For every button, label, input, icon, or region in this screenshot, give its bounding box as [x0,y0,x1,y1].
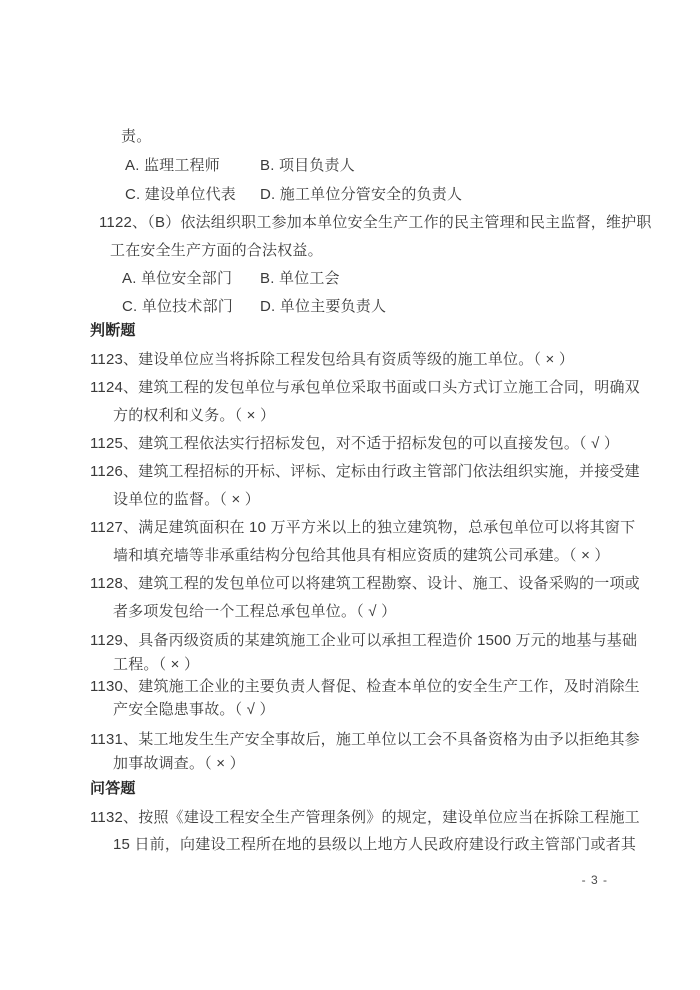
q1122-option-a: A. 单位安全部门 [122,265,260,293]
page-number: - 3 - [582,873,608,887]
q1127-line1: 1127、满足建筑面积在 10 万平方米以上的独立建筑物，总承包单位可以将其窗下 [90,514,635,542]
q1122-option-c: C. 单位技术部门 [122,293,260,321]
q1122-options-row-ab: A. 单位安全部门B. 单位工会 [122,265,340,293]
document-page: 责。 A. 监理工程师B. 项目负责人 C. 建设单位代表D. 施工单位分管安全… [0,0,700,990]
q1132-line1: 1132、按照《建设工程安全生产管理条例》的规定，建设单位应当在拆除工程施工 [90,804,640,832]
q1121-options-row-ab: A. 监理工程师B. 项目负责人 [125,152,355,180]
q1122-options-row-cd: C. 单位技术部门D. 单位主要负责人 [122,293,386,321]
q1121-option-a: A. 监理工程师 [125,152,260,180]
q1128-line1: 1128、建筑工程的发包单位可以将建筑工程勘察、设计、施工、设备采购的一项或 [90,570,640,598]
q1123-line1: 1123、建设单位应当将拆除工程发包给具有资质等级的施工单位。（ × ） [90,346,574,374]
q1121-option-d: D. 施工单位分管安全的负责人 [260,186,462,203]
q1121-option-c: C. 建设单位代表 [125,181,260,209]
q1125-line1: 1125、建筑工程依法实行招标发包，对不适于招标发包的可以直接发包。（ √ ） [90,430,619,458]
section-heading-qa: 问答题 [90,775,136,803]
q1121-options-row-cd: C. 建设单位代表D. 施工单位分管安全的负责人 [125,181,462,209]
q1130-line2: 产安全隐患事故。（ √ ） [113,696,275,724]
q1121-option-b: B. 项目负责人 [260,157,355,174]
q1122-line1: 1122、（B）依法组织职工参加本单位安全生产工作的民主管理和民主监督，维护职 [99,209,652,237]
q1121-stem-continuation: 责。 [121,123,151,151]
q1132-line2: 15 日前，向建设工程所在地的县级以上地方人民政府建设行政主管部门或者其 [113,831,636,859]
q1124-line1: 1124、建筑工程的发包单位与承包单位采取书面或口头方式订立施工合同，明确双 [90,374,640,402]
q1122-option-d: D. 单位主要负责人 [260,298,386,315]
q1122-line2: 工在安全生产方面的合法权益。 [110,237,323,265]
q1127-line2: 墙和填充墙等非承重结构分包给其他具有相应资质的建筑公司承建。（ × ） [113,542,610,570]
section-heading-judgment: 判断题 [90,317,136,345]
q1126-line2: 设单位的监督。（ × ） [113,486,260,514]
q1124-line2: 方的权利和义务。（ × ） [113,402,275,430]
q1128-line2: 者多项发包给一个工程总承包单位。（ √ ） [113,598,396,626]
q1131-line2: 加事故调查。（ × ） [113,750,245,778]
q1126-line1: 1126、建筑工程招标的开标、评标、定标由行政主管部门依法组织实施，并接受建 [90,458,640,486]
q1122-option-b: B. 单位工会 [260,270,340,287]
